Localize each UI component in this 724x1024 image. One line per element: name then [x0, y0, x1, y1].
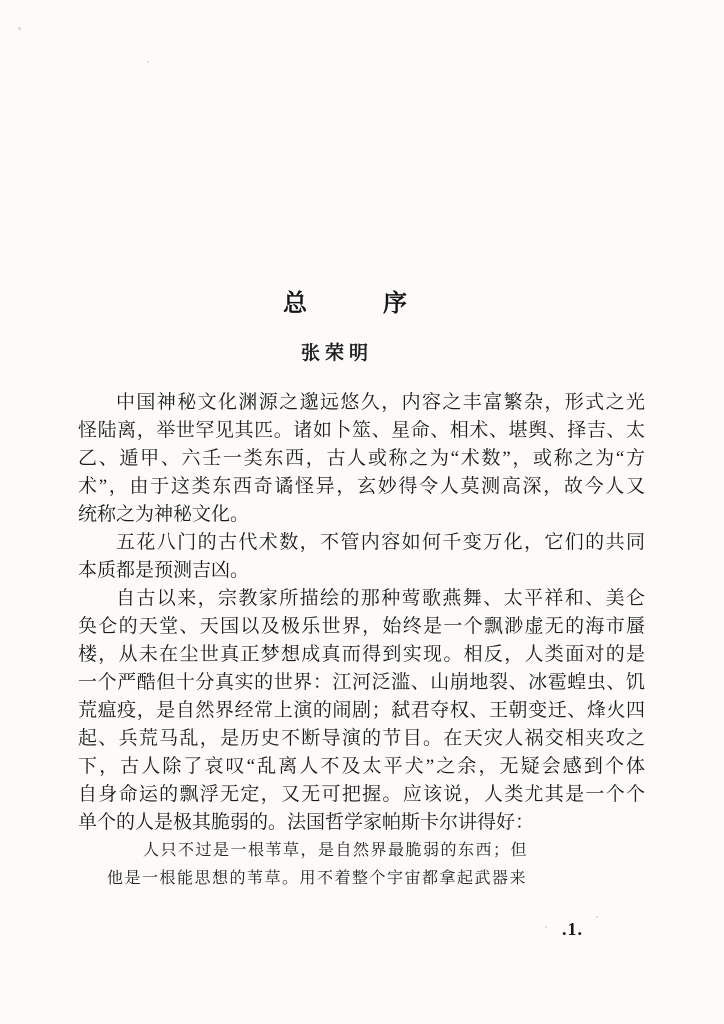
text-line: 自古以来，宗教家所描绘的那种莺歌燕舞、太平祥和、美仑 — [78, 585, 645, 613]
text-line: 下，古人除了哀叹“乱离人不及太平犬”之余，无疑会感到个体 — [78, 753, 645, 781]
text-line: 起、兵荒马乱，是历史不断导演的节目。在天灾人祸交相夹攻之 — [78, 725, 645, 753]
page-number: .1. — [562, 919, 583, 939]
text-line: 怪陆离，举世罕见其匹。诸如卜筮、星命、相术、堪舆、择吉、太 — [78, 417, 645, 445]
book-page: 总 序 张荣明 中国神秘文化渊源之邈远悠久，内容之丰富繁杂，形式之光 怪陆离，举… — [0, 0, 724, 1024]
text-line: 奂仑的天堂、天国以及极乐世界，始终是一个飘渺虚无的海市蜃 — [78, 613, 645, 641]
text-line: 统称之为神秘文化。 — [78, 501, 645, 529]
text-line: 一个严酷但十分真实的世界：江河泛滥、山崩地裂、冰雹蝗虫、饥 — [78, 669, 645, 697]
scan-speck — [18, 27, 21, 30]
text-line: 五花八门的古代术数，不管内容如何千变万化，它们的共同 — [78, 529, 645, 557]
scan-speck — [596, 916, 598, 918]
text-line: 楼，从未在尘世真正梦想成真而得到实现。相反，人类面对的是 — [78, 641, 645, 669]
text-line: 单个的人是极其脆弱的。法国哲学家帕斯卡尔讲得好： — [78, 809, 645, 837]
quote-line: 他是一根能思想的苇草。用不着整个宇宙都拿起武器来 — [107, 865, 645, 893]
scan-speck — [545, 926, 547, 928]
text-line: 荒瘟疫，是自然界经常上演的闹剧；弑君夺权、王朝变迁、烽火四 — [78, 697, 645, 725]
quote-line: 人只不过是一根苇草，是自然界最脆弱的东西；但 — [143, 837, 645, 865]
text-line: 乙、遁甲、六壬一类东西，古人或称之为“术数”，或称之为“方 — [78, 445, 645, 473]
scan-speck — [147, 61, 149, 63]
text-line: 中国神秘文化渊源之邈远悠久，内容之丰富繁杂，形式之光 — [78, 389, 645, 417]
page-title: 总 序 — [283, 291, 408, 318]
text-line: 术”，由于这类东西奇谲怪异，玄妙得令人莫测高深，故今人又 — [78, 473, 645, 501]
body-text: 中国神秘文化渊源之邈远悠久，内容之丰富繁杂，形式之光 怪陆离，举世罕见其匹。诸如… — [78, 389, 645, 893]
author-name: 张荣明 — [301, 343, 373, 365]
text-line: 本质都是预测吉凶。 — [78, 557, 645, 585]
text-line: 自身命运的飘浮无定，又无可把握。应该说，人类尤其是一个个 — [78, 781, 645, 809]
